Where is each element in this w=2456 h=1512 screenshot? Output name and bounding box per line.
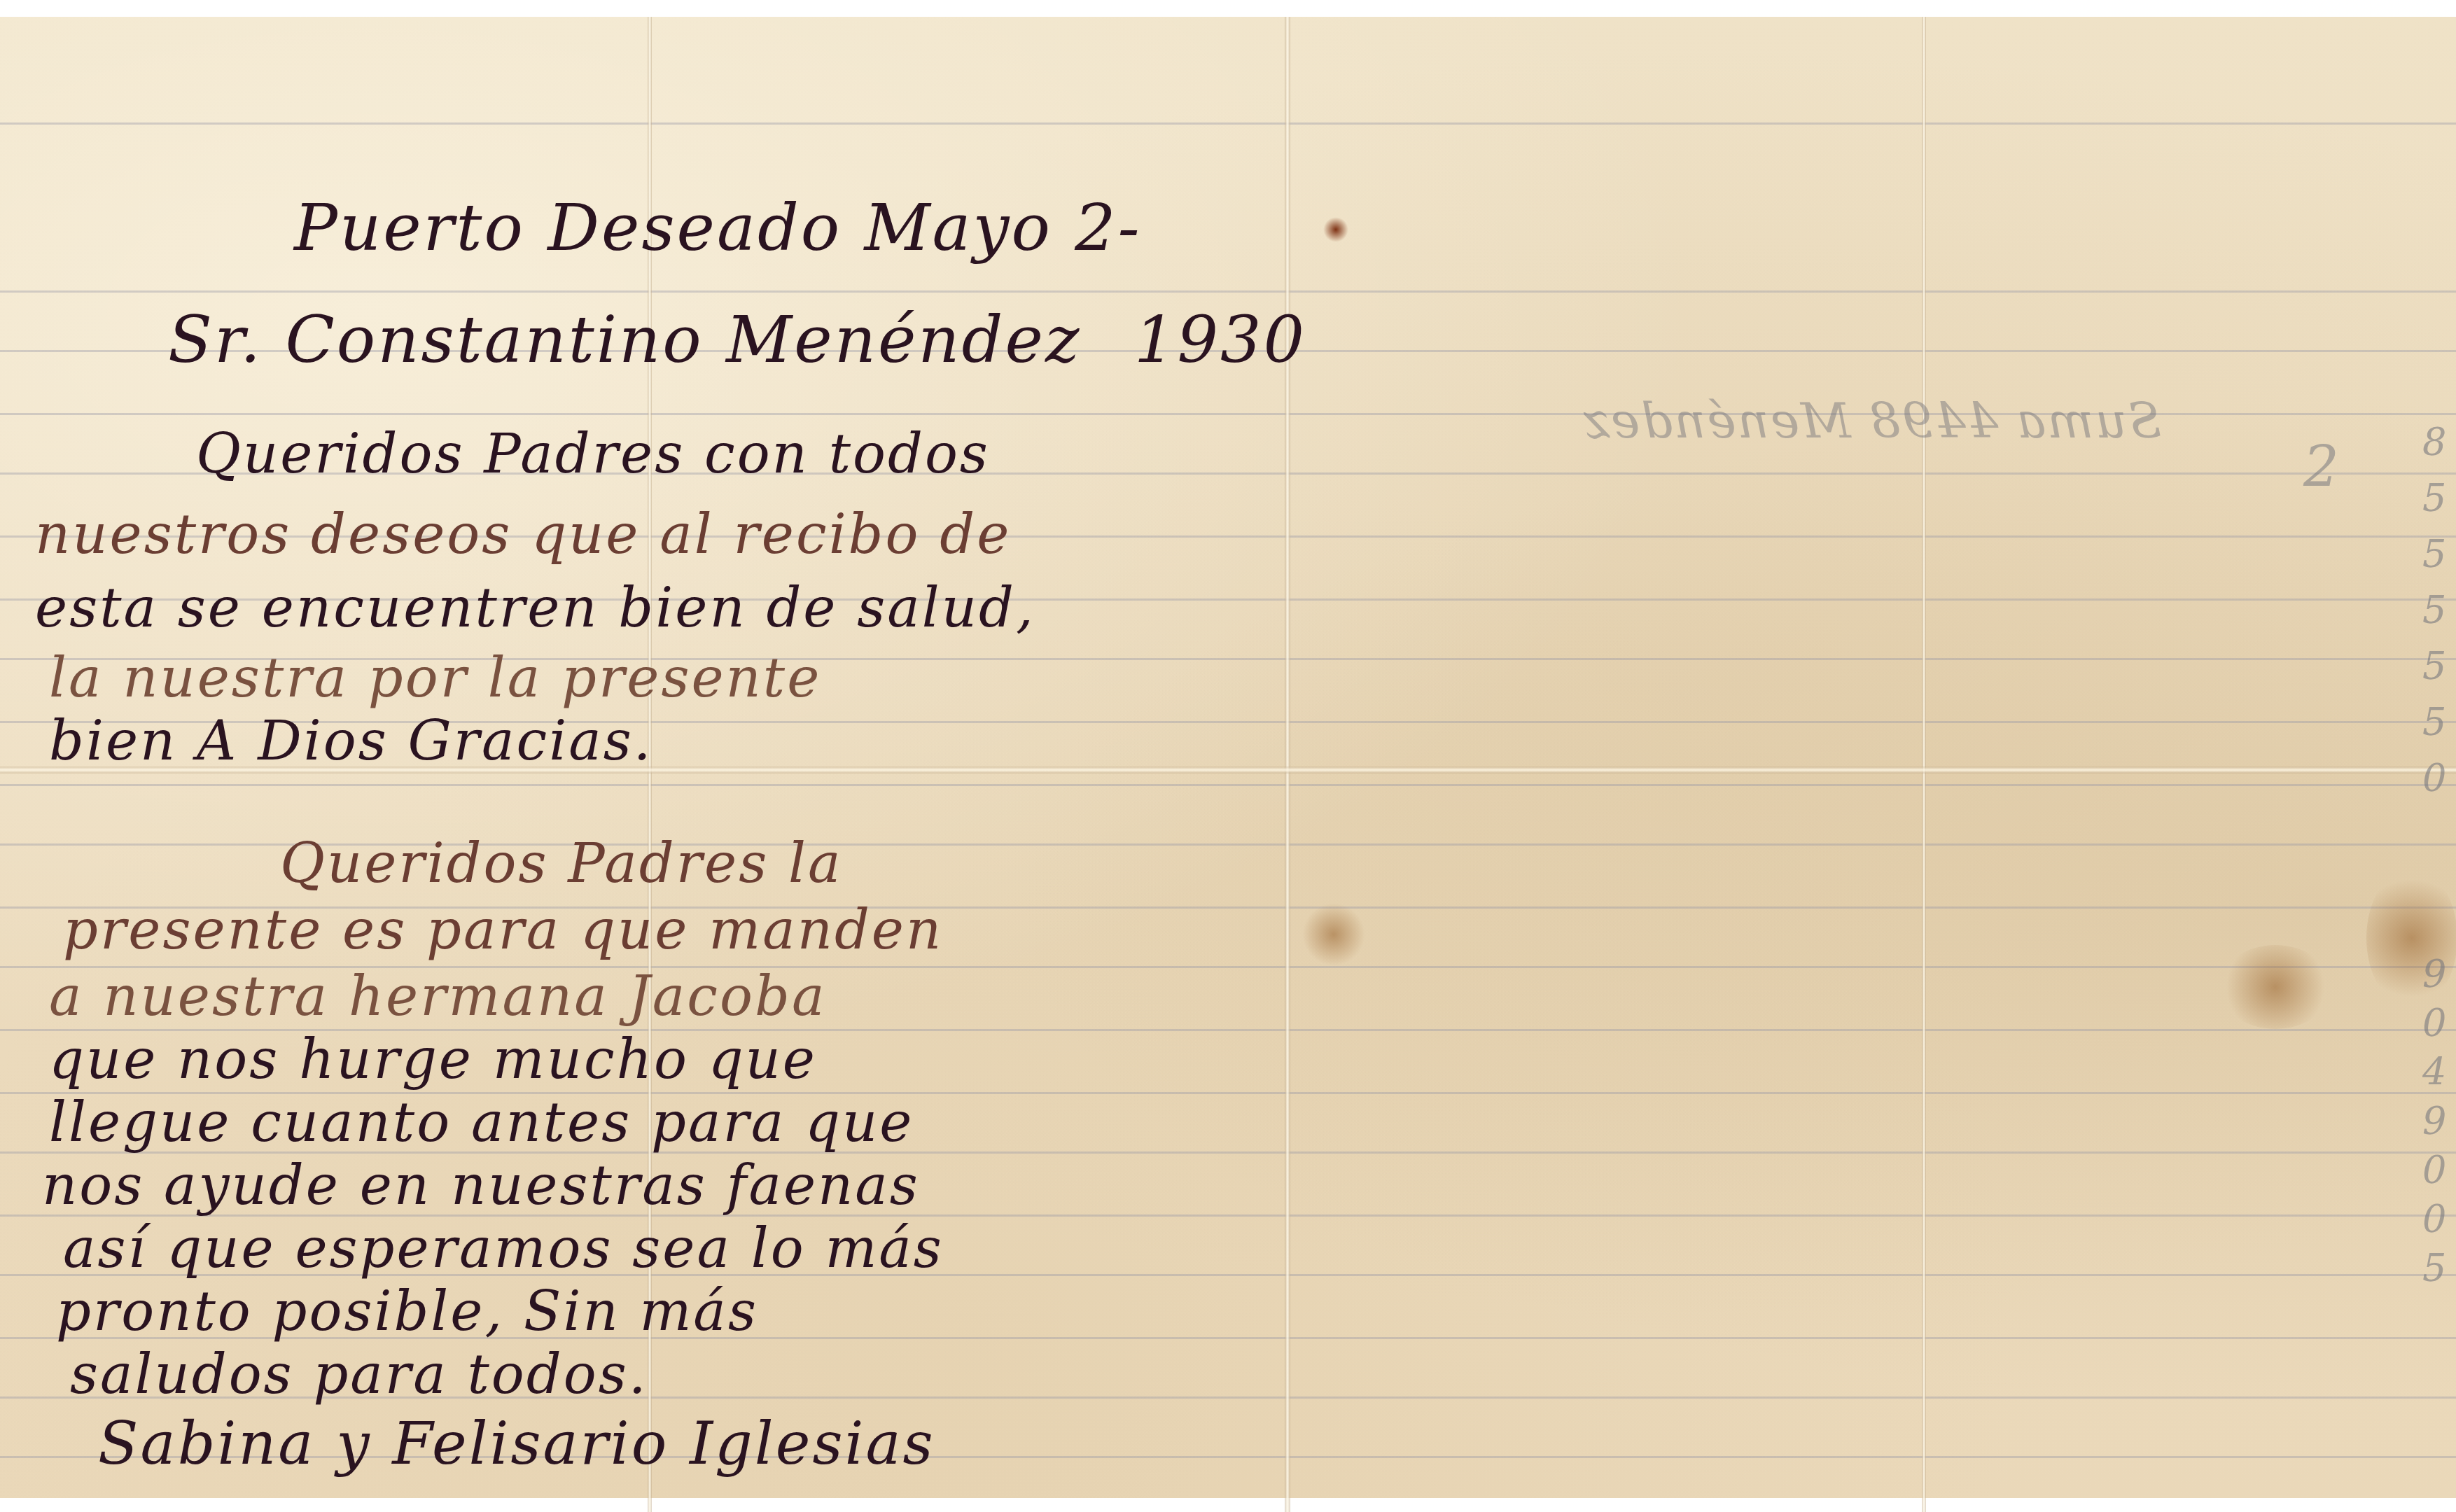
margin-figure: 0 <box>2422 1148 2446 1192</box>
margin-figure: 9 <box>2422 1099 2446 1143</box>
signature: Sabina y Felisario Iglesias <box>98 1414 935 1473</box>
water-stain <box>2219 945 2331 1029</box>
margin-figure: 9 <box>2422 952 2446 996</box>
paragraph1-line4: la nuestra por la presente <box>49 651 821 706</box>
paragraph2-line4: que nos hurge mucho que <box>49 1032 817 1087</box>
reverse-bleed-text: Suma 4498 Menéndez <box>1582 392 2162 449</box>
place-date: Puerto Deseado Mayo 2- <box>294 196 1142 260</box>
paragraph2-line6: nos ayude en nuestras faenas <box>42 1158 920 1213</box>
margin-figure: 5 <box>2422 700 2446 744</box>
margin-figure: 5 <box>2422 1246 2446 1290</box>
addressee: Sr. Constantino Menéndez <box>168 308 1081 372</box>
margin-figure: 0 <box>2422 1197 2446 1241</box>
margin-figure: 5 <box>2422 532 2446 576</box>
margin-figure: 5 <box>2422 588 2446 632</box>
paragraph2-line1: Queridos Padres la <box>280 836 842 891</box>
year: 1930 <box>1134 308 1306 372</box>
paragraph2-line8: pronto posible, Sin más <box>56 1284 758 1339</box>
paragraph1-line3: esta se encuentren bien de salud, <box>35 581 1035 636</box>
margin-figure: 8 <box>2422 420 2446 464</box>
water-stain <box>1302 903 1365 966</box>
margin-figure: 0 <box>2422 756 2446 800</box>
scan-background <box>0 0 2456 17</box>
paragraph2-line9: saludos para todos. <box>70 1347 648 1402</box>
paragraph1-line1: Queridos Padres con todos <box>196 427 990 482</box>
paragraph2-line7: así que esperamos sea lo más <box>63 1221 944 1276</box>
pencil-note: 2 <box>2303 434 2339 499</box>
margin-figure: 5 <box>2422 644 2446 688</box>
margin-figure: 4 <box>2422 1050 2446 1094</box>
paragraph2-line2: presente es para que manden <box>63 903 943 958</box>
paragraph2-line3: a nuestra hermana Jacoba <box>49 969 826 1024</box>
margin-figure: 5 <box>2422 476 2446 520</box>
vertical-fold <box>1922 14 1926 1498</box>
letter-sheet: Puerto Deseado Mayo 2- Sr. Constantino M… <box>0 14 2456 1498</box>
margin-figure: 0 <box>2422 1001 2446 1045</box>
letter-page: Puerto Deseado Mayo 2- Sr. Constantino M… <box>0 14 1288 1498</box>
paragraph2-line5: llegue cuanto antes para que <box>49 1095 914 1150</box>
paragraph1-line2: nuestros deseos que al recibo de <box>35 507 1011 562</box>
ink-spot <box>1323 217 1348 242</box>
paragraph1-line5: bien A Dios Gracias. <box>49 714 653 769</box>
